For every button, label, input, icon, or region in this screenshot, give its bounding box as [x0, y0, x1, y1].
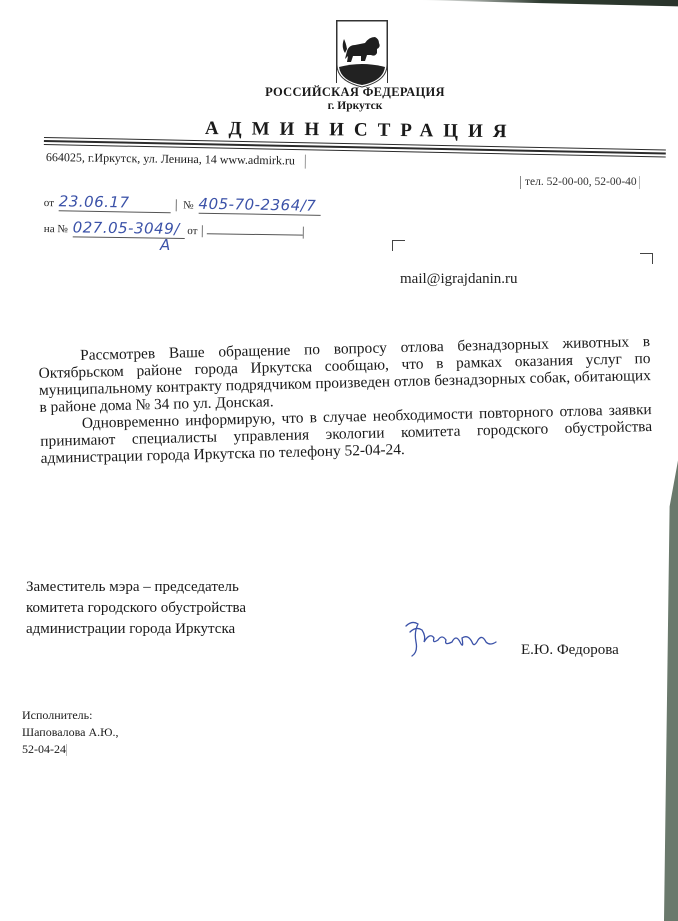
signer-title-line-3: администрации города Иркутска	[26, 619, 246, 640]
letter-body: Рассмотрев Ваше обращение по вопросу отл…	[38, 333, 653, 467]
incoming-registration: на № 027.05-3049/ от	[44, 218, 304, 241]
handwritten-suffix: А	[160, 236, 171, 254]
executor-name: Шаповалова А.Ю.,	[22, 724, 118, 741]
number-value: 405-70-2364/7	[198, 195, 316, 215]
signer-title-line-1: Заместитель мэра – председатель	[26, 577, 246, 598]
date-field: 23.06.17	[59, 192, 171, 213]
reply-to-label: на №	[44, 223, 68, 235]
reply-to-date-field	[207, 233, 303, 235]
executor-label: Исполнитель:	[22, 707, 118, 724]
handwritten-signature	[402, 612, 502, 667]
address-window-corner-tl	[392, 240, 405, 251]
executor-phone: 52-04-24	[22, 742, 66, 756]
number-field: 405-70-2364/7	[198, 195, 320, 216]
recipient-email: mail@igrajdanin.ru	[400, 271, 518, 288]
signer-name: Е.Ю. Федорова	[521, 642, 619, 659]
signer-title: Заместитель мэра – председатель комитета…	[26, 577, 246, 640]
address-window-corner-tr	[640, 253, 653, 264]
organization-title: АДМИНИСТРАЦИЯ	[205, 118, 517, 143]
phone-line: тел. 52-00-00, 52-00-40	[520, 176, 640, 189]
reply-to-number-value: 027.05-3049/	[73, 218, 180, 237]
city-name: г. Иркутск	[0, 100, 678, 112]
address-text: 664025, г.Иркутск, ул. Ленина, 14 www.ad…	[46, 150, 295, 167]
country-name: РОССИЙСКАЯ ФЕДЕРАЦИЯ	[0, 85, 678, 100]
from-label: от	[44, 197, 54, 209]
scan-edge-right	[664, 0, 678, 921]
scan-edge-top	[0, 0, 678, 8]
coat-of-arms-icon	[336, 20, 388, 83]
executor-block: Исполнитель: Шаповалова А.Ю., 52-04-24	[22, 707, 118, 758]
number-label: №	[183, 199, 194, 211]
phone-text: тел. 52-00-00, 52-00-40	[525, 176, 637, 188]
reply-to-from-label: от	[187, 225, 197, 237]
address-line: 664025, г.Иркутск, ул. Ленина, 14 www.ad…	[46, 150, 306, 169]
date-value: 23.06.17	[59, 192, 130, 211]
outgoing-registration: от 23.06.17 № 405-70-2364/7	[44, 192, 321, 216]
signer-title-line-2: комитета городского обустройства	[26, 598, 246, 619]
